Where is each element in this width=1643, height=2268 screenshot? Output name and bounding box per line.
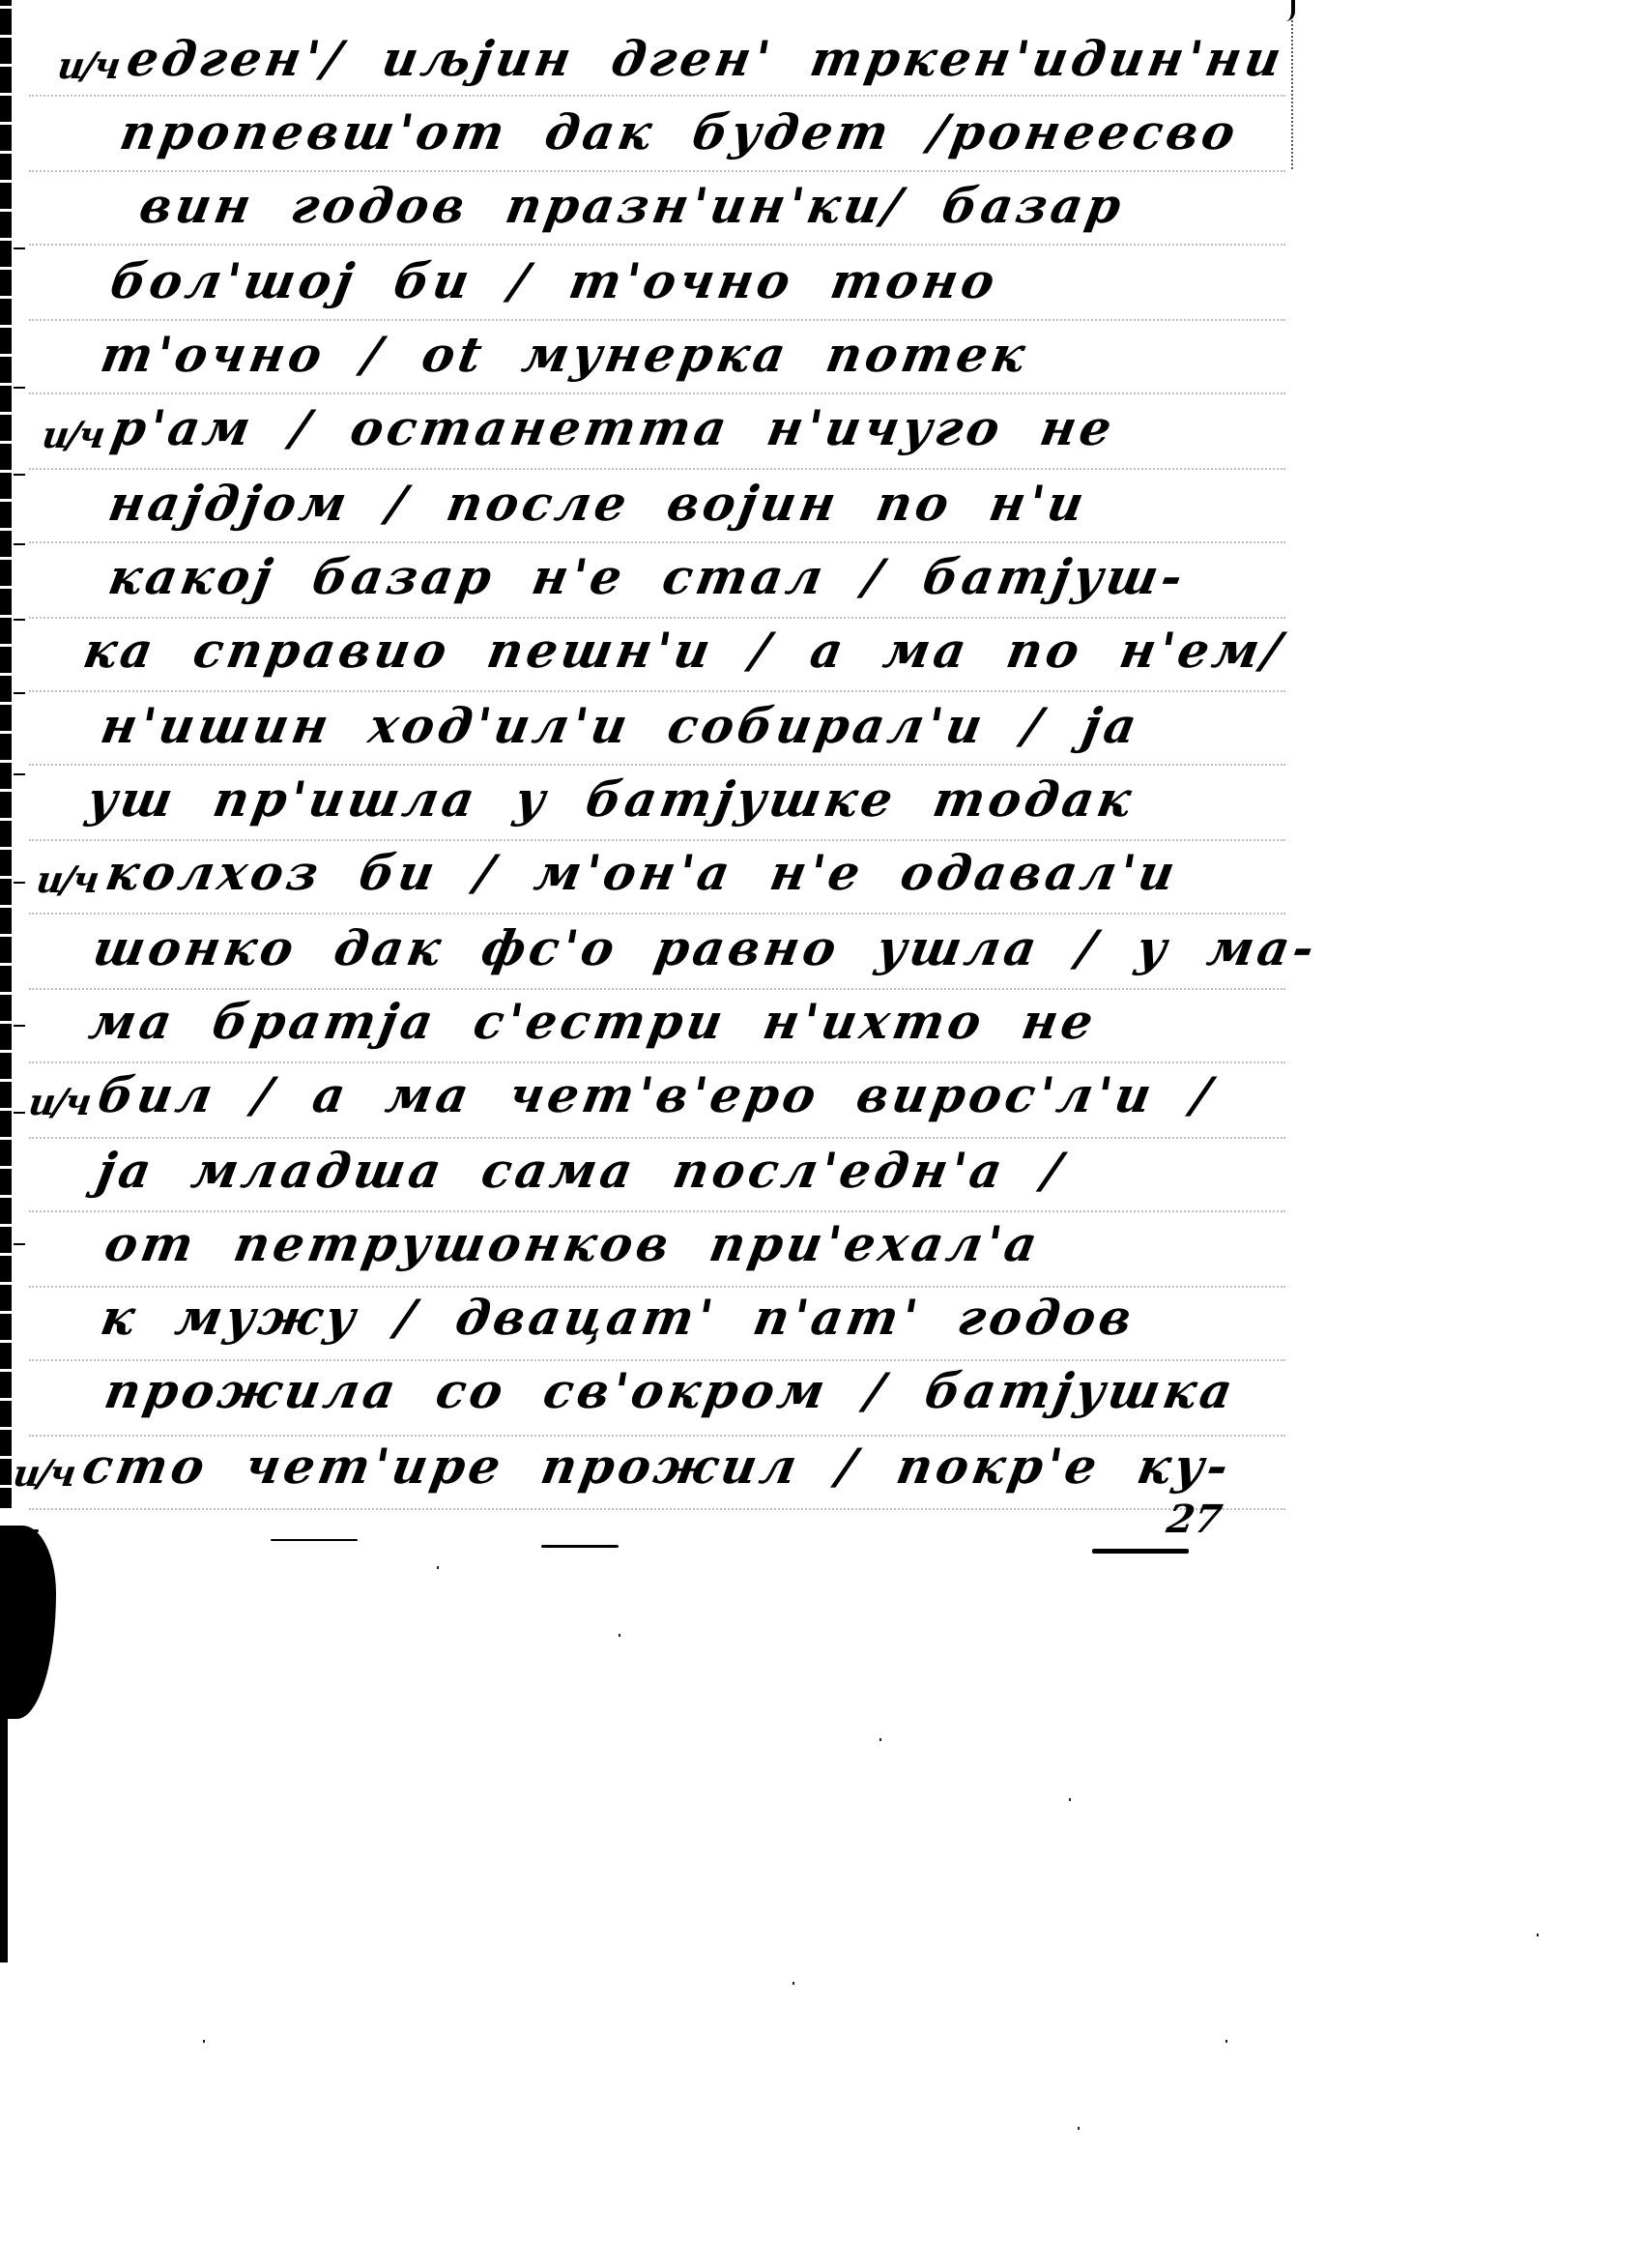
text-line: u/ч едген'/ иљјин дген' тркен'идин'ни [58, 17, 1279, 87]
line-text: ка справио пешн'и / а ма по н'ем/ [79, 622, 1289, 679]
line-text: едген'/ иљјин дген' тркен'идин'ни [123, 30, 1289, 87]
text-line: најдјом / после војин по н'и [104, 462, 1081, 532]
scan-speck [1225, 2040, 1227, 2043]
margin-tick [14, 1112, 25, 1114]
stroke-mark [1092, 1549, 1189, 1554]
line-text: прожила со св'окром / батјушка [101, 1362, 1241, 1419]
scan-speck [437, 1566, 439, 1569]
line-text: т'очно / ot мунерка потек [97, 326, 1033, 383]
line-text: от петрушонков при'ехал'а [101, 1215, 1045, 1272]
margin-marker: u/ч [26, 1080, 93, 1123]
text-line: ја младша сама посл'едн'а / [93, 1129, 1060, 1199]
text-line: от петрушонков при'ехал'а [101, 1203, 1035, 1272]
text-line: пропевш'от дак будет /ронеесво [116, 91, 1233, 160]
line-text: шонко дак фс'о равно ушла / у ма- [89, 919, 1322, 976]
page-number: 27 [1164, 1497, 1225, 1542]
margin-tick [14, 474, 25, 476]
margin-tick [14, 543, 25, 545]
scan-speck [203, 2040, 205, 2043]
ruled-line [29, 1508, 1285, 1510]
text-line: какој базар н'е стал / батјуш- [104, 536, 1181, 605]
scan-speck [1537, 1934, 1539, 1936]
text-line: шонко дак фс'о равно ушла / у ма- [89, 907, 1312, 976]
text-line: к мужу / двацат' п'ат' годов [97, 1276, 1130, 1346]
text-line: т'очно / ot мунерка потек [97, 313, 1023, 383]
line-text: бил / а ма чет'в'еро вирос'л'и / [94, 1066, 1219, 1123]
text-line: прожила со св'окром / батјушка [101, 1350, 1230, 1419]
margin-tick [14, 882, 25, 884]
scan-speck [1078, 2127, 1080, 2130]
line-text: најдјом / после војин по н'и [104, 475, 1092, 532]
margin-marker: u/ч [40, 413, 106, 456]
text-line: u/ч бил / а ма чет'в'еро вирос'л'и / [29, 1054, 1209, 1123]
line-text: бол'шој би / т'очно тоно [106, 252, 1003, 309]
scan-speck [1069, 1798, 1071, 1801]
stroke-mark [10, 1529, 39, 1532]
margin-marker: u/ч [11, 1451, 77, 1495]
margin-tick [14, 247, 25, 249]
text-line: бол'шој би / т'очно тоно [106, 240, 993, 309]
line-text: уш пр'ишла у батјушке тодак [83, 771, 1139, 828]
stroke-mark [271, 1539, 358, 1541]
line-text: пропевш'от дак будет /ронеесво [116, 103, 1244, 160]
line-text: какој базар н'е стал / батјуш- [104, 548, 1191, 605]
margin-tick [14, 692, 25, 694]
line-text: ма братја с'естри н'ихто не [85, 993, 1101, 1050]
line-text: колхоз би / м'он'а н'е одавал'и [101, 844, 1183, 901]
text-line: u/ч колхоз би / м'он'а н'е одавал'и [37, 831, 1172, 901]
stroke-mark [541, 1545, 619, 1548]
text-line: u/ч сто чет'ире прожил / покр'е ку- [14, 1425, 1226, 1495]
scan-speck [793, 1982, 794, 1985]
margin-marker: u/ч [55, 44, 122, 87]
margin-tick [14, 773, 25, 775]
line-text: вин годов празн'ин'ки/ базар [135, 177, 1129, 234]
text-line: н'ишин ход'ил'и собирал'и / ја [97, 684, 1135, 754]
ink-blot [0, 1526, 56, 1719]
text-line: ма братја с'естри н'ихто не [85, 980, 1091, 1050]
margin-tick [14, 619, 25, 621]
margin-tick [14, 387, 25, 389]
margin-tick [14, 1025, 25, 1027]
line-text: р'ам / останетта н'ичуго не [107, 399, 1120, 456]
text-line: u/ч р'ам / останетта н'ичуго не [43, 387, 1110, 456]
binding-edge [0, 0, 12, 1508]
line-text: ја младша сама посл'едн'а / [93, 1142, 1070, 1199]
scan-speck [879, 1738, 881, 1741]
text-line: вин годов празн'ин'ки/ базар [135, 164, 1119, 234]
margin-marker: u/ч [34, 858, 101, 901]
binding-edge-lower [0, 1682, 8, 1963]
text-line: ка справио пешн'и / а ма по н'ем/ [79, 609, 1280, 679]
page-edge-curve [1287, 0, 1293, 169]
line-text: н'ишин ход'ил'и собирал'и / ја [97, 697, 1144, 754]
text-line: уш пр'ишла у батјушке тодак [83, 758, 1129, 828]
margin-tick [14, 1243, 25, 1245]
scanned-page: u/ч едген'/ иљјин дген' тркен'идин'ни пр… [0, 0, 1643, 2268]
scan-speck [619, 1634, 620, 1637]
line-text: сто чет'ире прожил / покр'е ку- [78, 1438, 1236, 1495]
line-text: к мужу / двацат' п'ат' годов [97, 1289, 1140, 1346]
